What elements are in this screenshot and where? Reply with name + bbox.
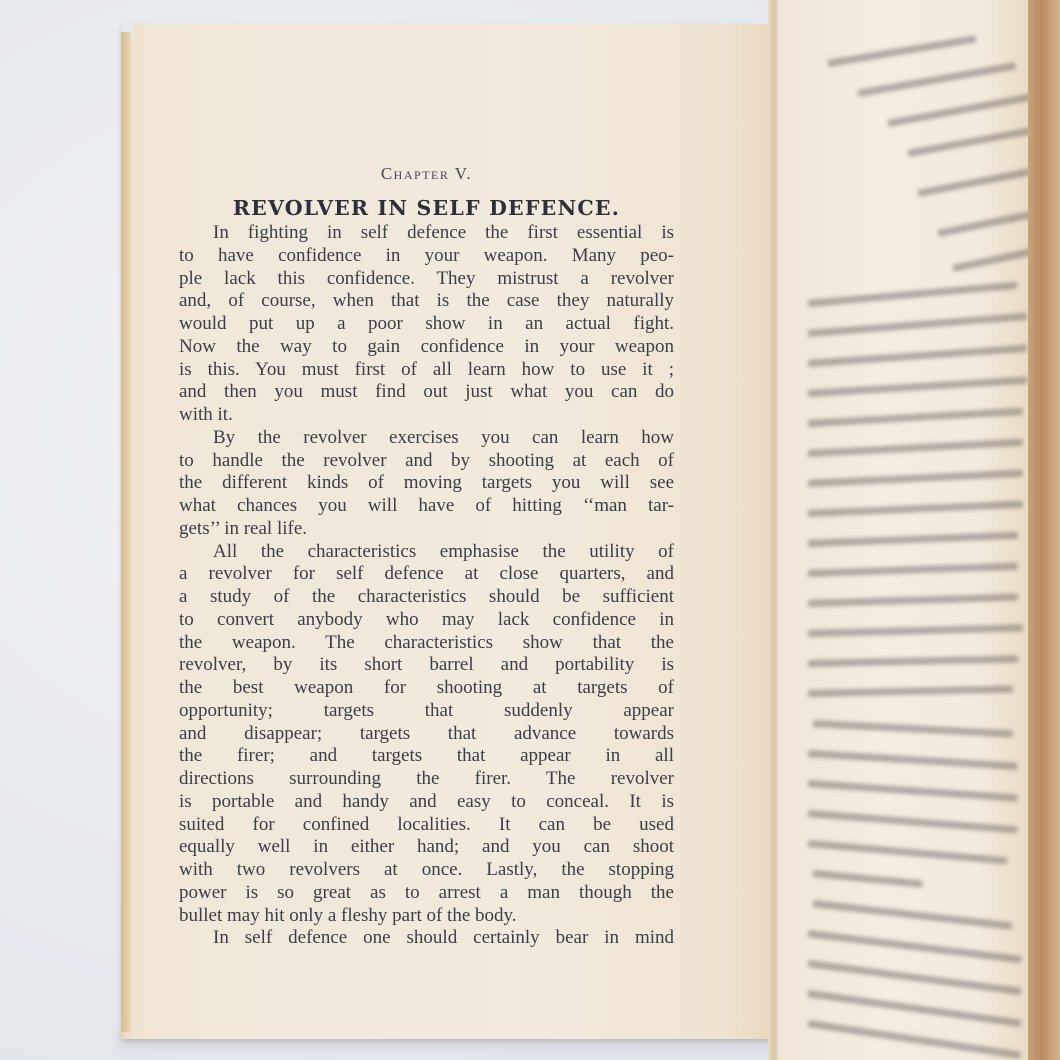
text-line: is this. You must first of all learn how… [179,359,674,382]
text-line: All the characteristics emphasise the ut… [179,541,674,564]
text-line: bullet may hit only a fleshy part of the… [179,905,674,928]
book-cover-edge [1028,0,1060,1060]
chapter-title: REVOLVER IN SELF DEFENCE. [179,194,674,222]
blurred-text-lines [788,0,1018,1060]
page-fore-edge [121,32,131,1032]
text-line: ple lack this confidence. They mistrust … [179,268,674,291]
text-line: the firer; and targets that appear in al… [179,745,674,768]
text-line: the different kinds of moving targets yo… [179,472,674,495]
text-line: would put up a poor show in an actual fi… [179,313,674,336]
blurred-line [808,345,1028,367]
text-line: revolver, by its short barrel and portab… [179,654,674,677]
body-text: In fighting in self defence the first es… [179,222,674,950]
text-line: suited for confined localities. It can b… [179,814,674,837]
blurred-line [952,242,1028,272]
text-line: and then you must find out just what you… [179,381,674,404]
blurred-line [808,282,1018,307]
text-line: to convert anybody who may lack confiden… [179,609,674,632]
text-line: In self defence one should certainly bea… [179,927,674,950]
blurred-line [808,780,1018,802]
blurred-line [808,563,1018,577]
text-line: with two revolvers at once. Lastly, the … [179,859,674,882]
blurred-line [827,35,976,67]
chapter-heading: Chapter V. [179,162,674,186]
blurred-line [887,89,1028,127]
text-line: In fighting in self defence the first es… [179,222,674,245]
blurred-line [813,870,923,888]
blurred-line [808,624,1023,637]
blurred-line [808,532,1018,547]
blurred-line [813,900,1013,930]
text-line: equally well in either hand; and you can… [179,836,674,859]
text-line: power is so great as to arrest a man tho… [179,882,674,905]
blurred-line [808,470,1023,487]
text-line: is portable and handy and easy to concea… [179,791,674,814]
blurred-line [808,750,1018,770]
blurred-line [808,990,1022,1027]
text-line: a study of the characteristics should be… [179,586,674,609]
text-line: a revolver for self defence at close qua… [179,563,674,586]
page-text-block: Chapter V. REVOLVER IN SELF DEFENCE. In … [179,162,674,950]
text-line: opportunity; targets that suddenly appea… [179,700,674,723]
text-line: directions surrounding the firer. The re… [179,768,674,791]
blurred-line [907,119,1028,157]
text-line: to have confidence in your weapon. Many … [179,245,674,268]
text-line: the weapon. The characteristics show tha… [179,632,674,655]
blurred-line [808,960,1022,995]
text-line: what chances you will have of hitting ‘‘… [179,495,674,518]
blurred-line [808,840,1008,864]
blurred-line [807,1020,1021,1059]
text-line: the best weapon for shooting at targets … [179,677,674,700]
blurred-line [937,196,1028,237]
text-line: and disappear; targets that advance towa… [179,723,674,746]
text-line: Now the way to gain confidence in your w… [179,336,674,359]
blurred-line [808,810,1018,833]
blurred-line [808,501,1023,517]
text-line: gets’’ in real life. [179,518,674,541]
text-line: with it. [179,404,674,427]
right-page-blurred [778,0,1028,1060]
text-line: and, of course, when that is the case th… [179,290,674,313]
blurred-line [808,655,1018,667]
blurred-line [917,156,1028,197]
blurred-line [808,930,1022,963]
blurred-line [808,686,1013,697]
blurred-line [808,408,1023,427]
blurred-line [813,720,1013,737]
text-line: By the revolver exercises you can learn … [179,427,674,450]
blurred-line [808,439,1023,457]
blurred-line [808,377,1028,397]
text-line: to handle the revolver and by shooting a… [179,450,674,473]
blurred-line [808,313,1028,337]
blurred-line [857,62,1016,97]
blurred-line [808,594,1018,607]
